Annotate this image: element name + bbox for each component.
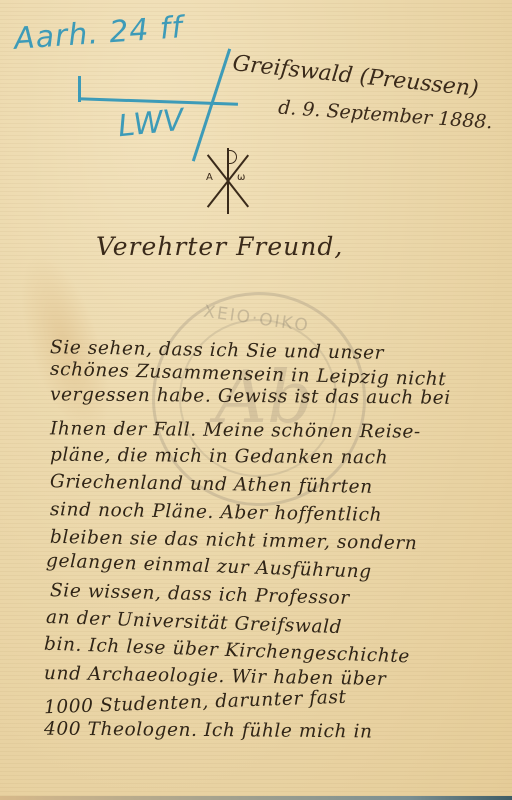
body-line: Ihnen der Fall. Meine schönen Reise-: [50, 418, 421, 442]
archive-annotation: Aarh. 24 ff LWV: [14, 16, 264, 156]
body-line: gelangen einmal zur Ausführung: [46, 550, 372, 582]
chi-rho-icon: A ω: [196, 148, 262, 214]
body-line: bin. Ich lese über Kirchengeschichte: [44, 634, 410, 668]
archive-initials: LWV: [116, 103, 185, 145]
omega-glyph: ω: [237, 172, 245, 183]
body-line: Griechenland und Athen führten: [50, 471, 373, 498]
body-line: sind noch Pläne. Aber hoffentlich: [50, 499, 382, 526]
letter-date: d. 9. September 1888.: [277, 97, 493, 134]
body-line: bleiben sie das nicht immer, sondern: [50, 527, 418, 554]
body-line: 400 Theologen. Ich fühle mich in: [44, 719, 373, 743]
letter-page: Aarh. 24 ff LWV Greifswald (Preussen) d.…: [0, 0, 512, 800]
body-line: 1000 Studenten, darunter fast: [44, 687, 347, 719]
archive-reference: Aarh. 24 ff: [13, 10, 184, 57]
body-line: an der Universität Greifswald: [46, 607, 343, 638]
salutation: Verehrter Freund,: [96, 232, 343, 261]
body-line: pläne, die mich in Gedanken nach: [50, 445, 388, 469]
body-line: und Archaeologie. Wir haben über: [44, 663, 387, 690]
scan-edge: [0, 796, 512, 800]
body-line: vergessen habe. Gewiss ist das auch bei: [50, 384, 451, 408]
letter-place: Greifswald (Preussen): [231, 51, 479, 102]
body-line: Sie wissen, dass ich Professor: [50, 580, 350, 609]
alpha-glyph: A: [206, 172, 213, 183]
